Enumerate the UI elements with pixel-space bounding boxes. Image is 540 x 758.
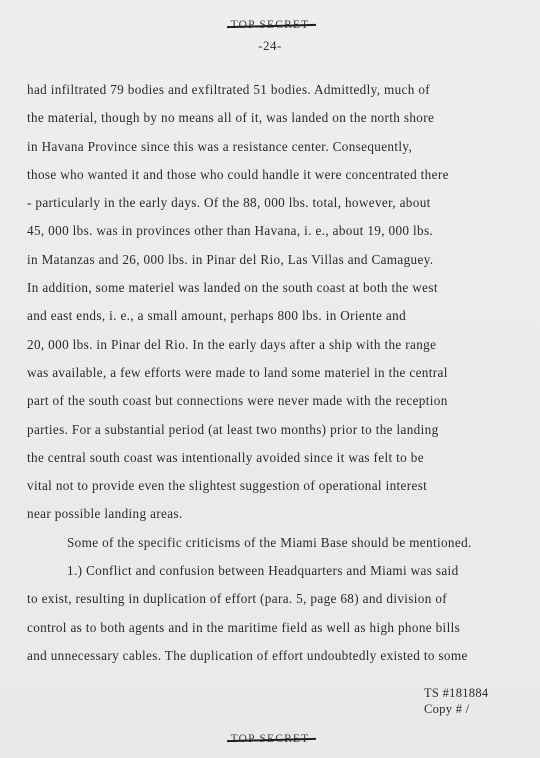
- text-line: vital not to provide even the slightest …: [27, 476, 527, 504]
- text-line: and east ends, i. e., a small amount, pe…: [27, 306, 527, 334]
- ts-number: TS #181884: [424, 685, 488, 701]
- text-line: was available, a few efforts were made t…: [27, 363, 527, 391]
- text-line: 45, 000 lbs. was in provinces other than…: [27, 221, 527, 249]
- text-line: had infiltrated 79 bodies and exfiltrate…: [27, 80, 527, 108]
- text-line: near possible landing areas.: [27, 504, 527, 532]
- document-reference: TS #181884 Copy # /: [424, 685, 488, 717]
- text-line: to exist, resulting in duplication of ef…: [27, 589, 527, 617]
- body-text: had infiltrated 79 bodies and exfiltrate…: [27, 80, 527, 674]
- text-line: those who wanted it and those who could …: [27, 165, 527, 193]
- text-line: In addition, some materiel was landed on…: [27, 278, 527, 306]
- page-number: -24-: [0, 38, 540, 54]
- text-line: 20, 000 lbs. in Pinar del Rio. In the ea…: [27, 335, 527, 363]
- classification-footer: TOP SECRET: [0, 733, 540, 745]
- text-line: in Havana Province since this was a resi…: [27, 137, 527, 165]
- paragraph-start-line: Some of the specific criticisms of the M…: [27, 533, 527, 561]
- text-line: and unnecessary cables. The duplication …: [27, 646, 527, 674]
- text-line: - particularly in the early days. Of the…: [27, 193, 527, 221]
- document-page: TOP SECRET -24- had infiltrated 79 bodie…: [0, 0, 540, 758]
- text-line: the central south coast was intentionall…: [27, 448, 527, 476]
- text-line: in Matanzas and 26, 000 lbs. in Pinar de…: [27, 250, 527, 278]
- text-line: control as to both agents and in the mar…: [27, 618, 527, 646]
- text-line: part of the south coast but connections …: [27, 391, 527, 419]
- classification-marking-crossed-out: TOP SECRET: [229, 19, 312, 31]
- numbered-item-line: 1.) Conflict and confusion between Headq…: [27, 561, 527, 589]
- text-line: parties. For a substantial period (at le…: [27, 420, 527, 448]
- classification-marking-crossed-out: TOP SECRET: [229, 733, 312, 745]
- classification-header: TOP SECRET: [0, 19, 540, 31]
- copy-number: Copy # /: [424, 701, 488, 717]
- text-line: the material, though by no means all of …: [27, 108, 527, 136]
